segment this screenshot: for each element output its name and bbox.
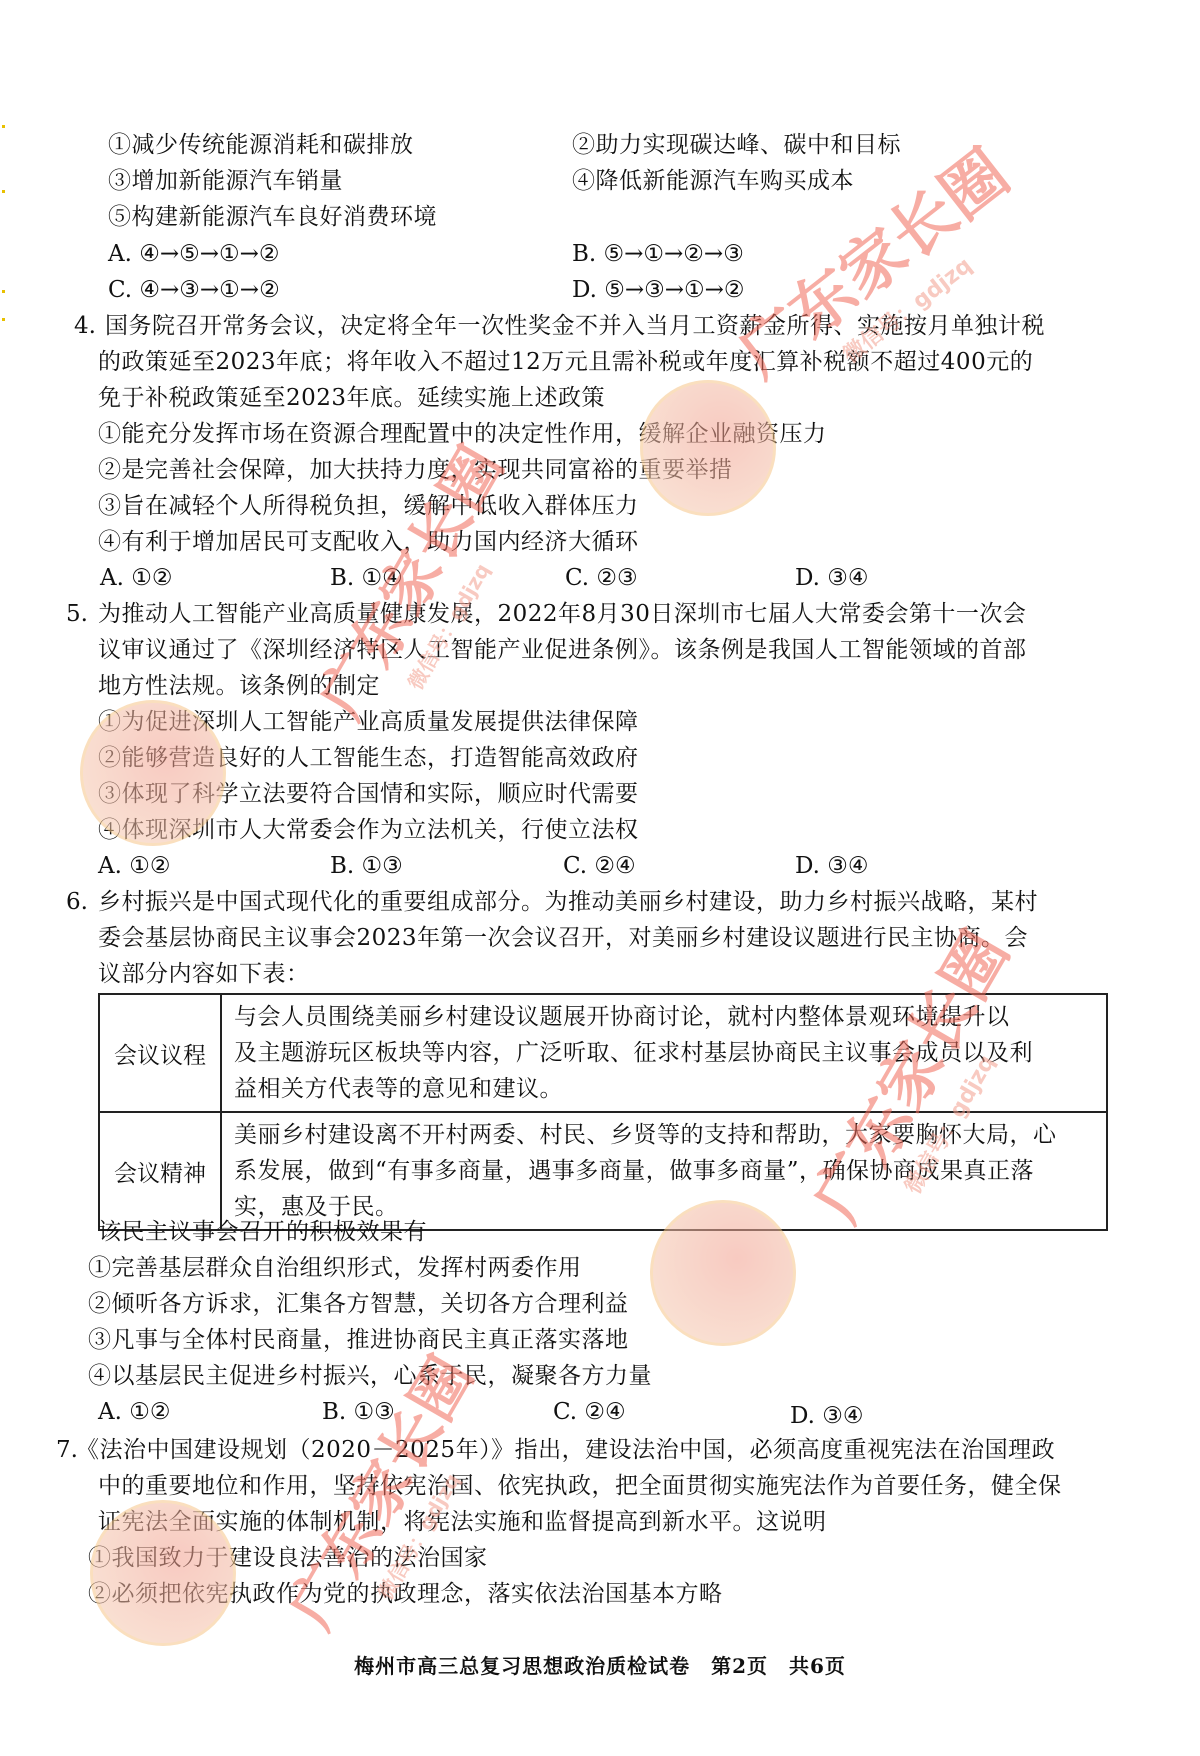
q5-option-a[interactable]: A. ①② (98, 852, 170, 880)
table-value-line: 美丽乡村建设离不开村两委、村民、乡贤等的支持和帮助，大家要胸怀大局，心 (234, 1117, 1096, 1153)
q4-stem-line: 免于补税政策延至2023年底。延续实施上述政策 (98, 384, 605, 412)
q6-stem-line: 乡村振兴是中国式现代化的重要组成部分。为推动美丽乡村建设，助力乡村振兴战略，某村 (98, 888, 1038, 916)
scan-mark (2, 290, 5, 293)
q5-option-b[interactable]: B. ①③ (330, 852, 403, 880)
table-key: 会议精神 (99, 1112, 221, 1230)
meeting-table: 会议议程 与会人员围绕美丽乡村建设议题展开协商讨论，就村内整体景观环境提升以 及… (98, 993, 1108, 1231)
q4-option-a[interactable]: A. ①② (100, 564, 172, 592)
watermark-logo-icon (640, 380, 776, 516)
watermark-sub: 微信号：gdjzq (836, 197, 1044, 369)
q4-option-b[interactable]: B. ①④ (330, 564, 403, 592)
q5-item-1: ①为促进深圳人工智能产业高质量发展提供法律保障 (98, 708, 639, 736)
q5-item-2: ②能够营造良好的人工智能生态，打造智能高效政府 (98, 744, 639, 772)
q3-item-1: ①减少传统能源消耗和碳排放 (108, 131, 414, 159)
table-value-line: 系发展，做到“有事多商量，遇事多商量，做事多商量”，确保协商成果真正落 (234, 1153, 1096, 1189)
q6-option-b[interactable]: B. ①③ (322, 1398, 395, 1426)
q5-option-c[interactable]: C. ②④ (563, 852, 636, 880)
q3-item-2: ②助力实现碳达峰、碳中和目标 (572, 131, 901, 159)
q5-stem-line: 议审议通过了《深圳经济特区人工智能产业促进条例》。该条例是我国人工智能领域的首部 (98, 636, 1027, 664)
q6-item-2: ②倾听各方诉求，汇集各方智慧，关切各方合理利益 (88, 1290, 629, 1318)
scan-mark (2, 125, 5, 128)
table-value-line: 益相关方代表等的意见和建议。 (234, 1071, 1096, 1107)
q6-item-4: ④以基层民主促进乡村振兴，心系于民，凝聚各方力量 (88, 1362, 652, 1390)
q7-stem-line: 证宪法全面实施的体制机制，将宪法实施和监督提高到新水平。这说明 (98, 1508, 827, 1536)
q7-stem-line: 中的重要地位和作用，坚持依宪治国、依宪执政，把全面贯彻实施宪法作为首要任务，健全… (98, 1472, 1062, 1500)
table-value-line: 及主题游玩区板块等内容，广泛听取、征求村基层协商民主议事会成员以及利 (234, 1035, 1096, 1071)
scan-mark (2, 190, 5, 193)
q7-item-2: ②必须把依宪执政作为党的执政理念，落实依法治国基本方略 (88, 1580, 723, 1608)
q3-option-b[interactable]: B. ⑤→①→②→③ (572, 240, 744, 268)
q4-option-c[interactable]: C. ②③ (565, 564, 638, 592)
table-row: 会议议程 与会人员围绕美丽乡村建设议题展开协商讨论，就村内整体景观环境提升以 及… (99, 994, 1107, 1112)
q3-item-5: ⑤构建新能源汽车良好消费环境 (108, 203, 437, 231)
q5-stem-line: 地方性法规。该条例的制定 (98, 672, 380, 700)
table-value: 美丽乡村建设离不开村两委、村民、乡贤等的支持和帮助，大家要胸怀大局，心 系发展，… (221, 1112, 1107, 1230)
page-footer: 梅州市高三总复习思想政治质检试卷 第2页 共6页 (0, 1650, 1200, 1679)
q5-number: 5. (66, 600, 88, 628)
q4-item-4: ④有利于增加居民可支配收入，助力国内经济大循环 (98, 528, 639, 556)
q4-item-2: ②是完善社会保障，加大扶持力度，实现共同富裕的重要举措 (98, 456, 733, 484)
q6-option-a[interactable]: A. ①② (98, 1398, 170, 1426)
q3-option-a[interactable]: A. ④→⑤→①→② (108, 240, 280, 268)
q6-stem-line: 议部分内容如下表： (98, 960, 310, 988)
q6-item-1: ①完善基层群众自治组织形式，发挥村两委作用 (88, 1254, 582, 1282)
table-value: 与会人员围绕美丽乡村建设议题展开协商讨论，就村内整体景观环境提升以 及主题游玩区… (221, 994, 1107, 1112)
q3-option-d[interactable]: D. ⑤→③→①→② (572, 276, 745, 304)
q3-option-c[interactable]: C. ④→③→①→② (108, 276, 280, 304)
scan-mark (2, 318, 5, 321)
q5-item-3: ③体现了科学立法要符合国情和实际，顺应时代需要 (98, 780, 639, 808)
q5-item-4: ④体现深圳市人大常委会作为立法机关，行使立法权 (98, 816, 639, 844)
q6-item-3: ③凡事与全体村民商量，推进协商民主真正落实落地 (88, 1326, 629, 1354)
table-key: 会议议程 (99, 994, 221, 1112)
q6-option-c[interactable]: C. ②④ (553, 1398, 626, 1426)
q6-stem-line: 委会基层协商民主议事会2023年第一次会议召开，对美丽乡村建设议题进行民主协商。… (98, 924, 1028, 952)
q6-question: 该民主议事会召开的积极效果有 (98, 1218, 427, 1246)
q4-option-d[interactable]: D. ③④ (795, 564, 868, 592)
q7-item-1: ①我国致力于建设良法善治的法治国家 (88, 1544, 488, 1572)
q7-stem-line: 《法治中国建设规划（2020－2025年）》指出，建设法治中国，必须高度重视宪法… (76, 1436, 1055, 1464)
q4-item-1: ①能充分发挥市场在资源合理配置中的决定性作用，缓解企业融资压力 (98, 420, 827, 448)
q7-number: 7. (56, 1436, 78, 1464)
q4-number: 4. (74, 312, 96, 340)
q5-stem-line: 为推动人工智能产业高质量健康发展，2022年8月30日深圳市七届人大常委会第十一… (98, 600, 1026, 628)
q4-stem-line: 国务院召开常务会议，决定将全年一次性奖金不并入当月工资薪金所得、实施按月单独计税 (105, 312, 1045, 340)
q4-item-3: ③旨在减轻个人所得税负担，缓解中低收入群体压力 (98, 492, 639, 520)
table-row: 会议精神 美丽乡村建设离不开村两委、村民、乡贤等的支持和帮助，大家要胸怀大局，心… (99, 1112, 1107, 1230)
q3-item-4: ④降低新能源汽车购买成本 (572, 167, 854, 195)
q6-number: 6. (66, 888, 88, 916)
q4-stem-line: 的政策延至2023年底；将年收入不超过12万元且需补税或年度汇算补税额不超过40… (98, 348, 1033, 376)
table-value-line: 与会人员围绕美丽乡村建设议题展开协商讨论，就村内整体景观环境提升以 (234, 999, 1096, 1035)
q5-option-d[interactable]: D. ③④ (795, 852, 868, 880)
q6-option-d[interactable]: D. ③④ (790, 1402, 863, 1430)
q3-item-3: ③增加新能源汽车销量 (108, 167, 343, 195)
